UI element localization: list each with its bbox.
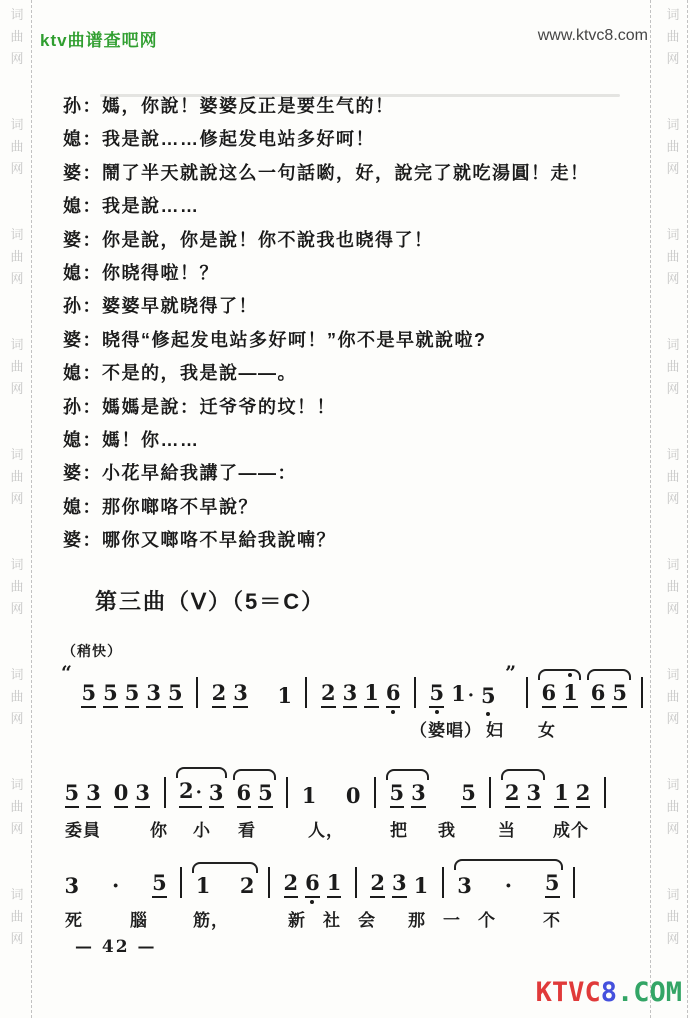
song-section-title: 第三曲（Ⅴ）（5＝C）: [95, 585, 325, 616]
watermark-text: 词曲网: [10, 554, 23, 620]
barline: [489, 777, 491, 808]
lyrics-row: 委員你小看人，把我当成个: [58, 816, 654, 844]
jianpu-note: 5: [545, 871, 560, 898]
dialogue-line: 孙：媽，你說！婆婆反正是要生气的！: [63, 92, 648, 125]
note-digit: 6: [591, 680, 606, 705]
watermark-char: 曲: [10, 26, 23, 48]
jianpu-notes-row: “55535231231651·5”6165: [58, 652, 654, 708]
watermark-text: 词曲网: [666, 554, 679, 620]
jianpu-note: 6: [305, 871, 320, 898]
watermark-char: 网: [10, 598, 23, 620]
augmentation-dot: ·: [196, 782, 202, 803]
music-line: 3·5122612313·5死腦筋，新社会那一个不: [58, 842, 654, 934]
jianpu-note: 6: [542, 681, 557, 708]
note-digit: 5: [481, 683, 496, 708]
jianpu-note: 2: [576, 781, 591, 808]
jianpu-note: 5: [152, 871, 167, 898]
note-digit: 2: [240, 873, 255, 898]
note-digit: 5: [429, 680, 444, 705]
note-digit: 5: [390, 780, 405, 805]
slur-arc: [233, 769, 276, 780]
slur-arc: [192, 862, 258, 873]
slur-arc: [454, 859, 563, 870]
jianpu-note: 5: [429, 681, 444, 708]
note-digit: 6: [542, 680, 557, 705]
watermark-char: 网: [10, 928, 23, 950]
right-dashed-border-outer: [687, 0, 688, 1018]
barline: [196, 677, 198, 708]
jianpu-note: 3: [135, 781, 150, 808]
note-digit: 5: [125, 680, 140, 705]
lyric-syllable: 社: [323, 906, 341, 931]
note-digit: 2: [576, 780, 591, 805]
lyric-syllable: 当: [498, 816, 516, 841]
note-group: 65: [584, 681, 633, 708]
note-digit: 3: [411, 780, 426, 805]
note-group: 231: [364, 871, 435, 898]
watermark-char: 词: [10, 444, 23, 466]
jianpu-note: 0: [114, 781, 129, 808]
note-group: 12: [189, 874, 261, 898]
lyric-syllable: 女: [538, 716, 556, 741]
watermark-text: 词曲网: [666, 884, 679, 950]
lyrics-row: 死腦筋，新社会那一个不: [58, 906, 654, 934]
jianpu-note: 3: [343, 681, 358, 708]
slur-arc: [386, 769, 429, 780]
note-digit: 3: [146, 680, 161, 705]
site-name-link[interactable]: ktv曲谱查吧网: [40, 26, 158, 51]
watermark-char: 词: [10, 774, 23, 796]
jianpu-note: 6: [386, 681, 401, 708]
low-octave-dot: [391, 710, 395, 714]
quotation-mark: ”: [505, 662, 516, 684]
watermark-char: 网: [10, 158, 23, 180]
note-digit: 1: [196, 873, 211, 898]
logo-part: .COM: [617, 977, 682, 1008]
note-group: 2·3: [173, 779, 231, 808]
watermark-text: 词曲网: [10, 444, 23, 510]
note-digit: 2: [321, 680, 336, 705]
note-digit: 5: [152, 870, 167, 895]
note-group: 55535: [75, 681, 189, 708]
watermark-char: 词: [666, 664, 679, 686]
barline: [268, 867, 270, 898]
barline: [573, 867, 575, 898]
jianpu-note: 5: [65, 781, 80, 808]
lyric-syllable: 个: [478, 906, 496, 931]
lyric-syllable: 腦: [130, 906, 148, 931]
jianpu-note: 5: [481, 684, 496, 708]
low-octave-dot: [435, 710, 439, 714]
watermark-char: 词: [666, 774, 679, 796]
low-octave-dot: [310, 900, 314, 904]
watermark-char: 曲: [666, 356, 679, 378]
watermark-char: 网: [666, 708, 679, 730]
jianpu-note: 6: [237, 781, 252, 808]
note-digit: 5: [81, 680, 96, 705]
barline: [286, 777, 288, 808]
watermark-char: 词: [10, 224, 23, 246]
watermark-char: 曲: [10, 686, 23, 708]
lyrics-row: （婆唱）妇女: [58, 716, 654, 744]
lyric-syllable: 你: [150, 816, 168, 841]
note-digit: 2: [505, 780, 520, 805]
note-digit: 3: [209, 780, 224, 805]
site-url-text: www.ktvc8.com: [538, 27, 648, 45]
note-group: 65: [230, 781, 279, 808]
watermark-char: 曲: [666, 26, 679, 48]
page-number: — 42 —: [75, 937, 157, 957]
watermark-char: 网: [10, 488, 23, 510]
jianpu-note: 2: [370, 871, 385, 898]
watermark-text: 词曲网: [666, 774, 679, 840]
watermark-char: 网: [666, 158, 679, 180]
note-digit: 5: [65, 780, 80, 805]
lyric-syllable: 那: [408, 906, 426, 931]
watermark-char: 曲: [666, 686, 679, 708]
dialogue-line: 孙：婆婆早就晓得了！: [63, 292, 648, 325]
lyric-syllable: 人，: [308, 816, 344, 841]
note-digit: 2: [284, 870, 299, 895]
watermark-char: 词: [666, 224, 679, 246]
jianpu-note: 5: [125, 681, 140, 708]
watermark-char: 词: [666, 114, 679, 136]
logo-part: 8: [601, 977, 617, 1008]
watermark-text: 词曲网: [666, 664, 679, 730]
lyric-syllable: 一: [443, 906, 461, 931]
jianpu-note: 5: [390, 781, 405, 808]
jianpu-note: 1·: [451, 682, 474, 708]
lyric-syllable: 看: [238, 816, 256, 841]
note-digit: 1: [277, 683, 292, 708]
watermark-text: 词曲网: [666, 114, 679, 180]
barline: [604, 777, 606, 808]
lyric-syllable: （婆唱）: [410, 716, 482, 741]
note-digit: 6: [386, 680, 401, 705]
note-group: 53: [58, 781, 107, 808]
watermark-char: 曲: [10, 796, 23, 818]
note-group: 03: [107, 781, 156, 808]
jianpu-note: 2: [240, 874, 255, 898]
note-digit: 3: [343, 680, 358, 705]
watermark-char: 曲: [10, 356, 23, 378]
barline: [526, 677, 528, 708]
lyric-syllable: 妇: [486, 716, 504, 741]
lyric-syllable: 新: [288, 906, 306, 931]
note-digit: 1: [414, 873, 429, 898]
watermark-char: 曲: [666, 796, 679, 818]
note-digit: 3: [86, 780, 101, 805]
note-group: 51·5: [423, 681, 502, 708]
note-digit: 3: [392, 870, 407, 895]
music-line: “55535231231651·5”6165（婆唱）妇女: [58, 652, 654, 744]
note-digit: 6: [237, 780, 252, 805]
lyric-syllable: 不: [543, 906, 561, 931]
jianpu-note: 2: [284, 871, 299, 898]
watermark-text: 词曲网: [666, 334, 679, 400]
note-digit: ·: [505, 873, 512, 898]
dialogue-line: 婆：小花早給我講了——：: [63, 459, 648, 492]
augmentation-dot: ·: [468, 685, 474, 706]
dialogue-line: 婆：鬧了半天就說这么一句話喲，好，說完了就吃湯圓！走！: [63, 159, 648, 192]
barline: [414, 677, 416, 708]
watermark-char: 曲: [666, 466, 679, 488]
note-group: 231: [205, 681, 298, 708]
dialogue-section: 孙：媽，你說！婆婆反正是要生气的！媳：我是說……修起发电站多好呵！婆：鬧了半天就…: [63, 92, 648, 559]
jianpu-note: 1: [327, 871, 342, 898]
right-watermark-column: 词曲网词曲网词曲网词曲网词曲网词曲网词曲网词曲网词曲网: [662, 4, 684, 994]
watermark-char: 词: [666, 554, 679, 576]
note-group: 2316: [314, 681, 407, 708]
watermark-char: 网: [10, 708, 23, 730]
lyric-syllable: 把: [390, 816, 408, 841]
barline: [641, 677, 643, 708]
note-group: 10: [295, 784, 367, 808]
note-digit: 3: [527, 780, 542, 805]
watermark-text: 词曲网: [666, 444, 679, 510]
watermark-char: 网: [666, 928, 679, 950]
jianpu-note: 3: [411, 781, 426, 808]
watermark-char: 词: [666, 334, 679, 356]
note-group: 61: [535, 681, 584, 708]
jianpu-note: 2·: [179, 779, 202, 808]
lyric-syllable: 小: [193, 816, 211, 841]
dialogue-line: 媳：我是說……: [63, 192, 648, 225]
dialogue-line: 媳：不是的，我是說——。: [63, 359, 648, 392]
note-group: 12: [548, 781, 597, 808]
watermark-char: 词: [10, 554, 23, 576]
lyric-syllable: 成个: [553, 816, 589, 841]
note-digit: 5: [612, 680, 627, 705]
left-dashed-border: [31, 0, 32, 1018]
jianpu-note: 1: [563, 681, 578, 708]
jianpu-notes-row: 53032·365105352312: [58, 752, 654, 808]
jianpu-note: 5: [612, 681, 627, 708]
barline: [374, 777, 376, 808]
jianpu-note: 3: [65, 874, 80, 898]
watermark-text: 词曲网: [10, 774, 23, 840]
note-group: 53: [383, 781, 432, 808]
jianpu-note: 1: [196, 874, 211, 898]
jianpu-note: 1: [414, 874, 429, 898]
watermark-text: 词曲网: [10, 334, 23, 400]
watermark-char: 词: [666, 4, 679, 26]
watermark-char: 曲: [10, 906, 23, 928]
dialogue-line: 媳：我是說……修起发电站多好呵！: [63, 125, 648, 158]
note-digit: 2: [370, 870, 385, 895]
watermark-text: 词曲网: [10, 4, 23, 70]
watermark-char: 词: [10, 334, 23, 356]
jianpu-note: 3: [209, 781, 224, 808]
jianpu-note: 3: [86, 781, 101, 808]
watermark-text: 词曲网: [10, 114, 23, 180]
barline: [305, 677, 307, 708]
jianpu-note: 5: [461, 781, 476, 808]
watermark-text: 词曲网: [10, 664, 23, 730]
note-digit: 5: [545, 870, 560, 895]
note-digit: 2: [179, 778, 194, 803]
watermark-char: 网: [666, 488, 679, 510]
watermark-text: 词曲网: [666, 224, 679, 290]
watermark-text: 词曲网: [10, 224, 23, 290]
watermark-char: 曲: [10, 576, 23, 598]
note-digit: ·: [112, 873, 119, 898]
watermark-char: 网: [666, 378, 679, 400]
jianpu-note: 2: [505, 781, 520, 808]
watermark-char: 曲: [10, 136, 23, 158]
slur-arc: [501, 769, 544, 780]
note-digit: 1: [554, 780, 569, 805]
jianpu-note: 3: [457, 874, 472, 898]
barline: [355, 867, 357, 898]
dialogue-line: 婆：哪你又啷咯不早給我說喃？: [63, 526, 648, 559]
dialogue-line: 孙：媽媽是說：迁爷爷的坟！！: [63, 393, 648, 426]
note-digit: 0: [114, 780, 129, 805]
jianpu-note: 3: [392, 871, 407, 898]
watermark-char: 曲: [10, 466, 23, 488]
note-digit: 3: [233, 680, 248, 705]
jianpu-note: 3: [146, 681, 161, 708]
watermark-char: 网: [10, 48, 23, 70]
note-digit: 6: [305, 870, 320, 895]
note-digit: 3: [65, 873, 80, 898]
slur-arc: [587, 669, 630, 680]
dialogue-line: 媳：媽！你……: [63, 426, 648, 459]
watermark-char: 词: [10, 4, 23, 26]
jianpu-notes-row: 3·5122612313·5: [58, 842, 654, 898]
jianpu-note: 5: [103, 681, 118, 708]
watermark-char: 曲: [666, 576, 679, 598]
note-digit: 1: [563, 680, 578, 705]
jianpu-note: 1: [277, 684, 292, 708]
left-watermark-column: 词曲网词曲网词曲网词曲网词曲网词曲网词曲网词曲网词曲网: [6, 4, 28, 994]
jianpu-note: 1: [554, 781, 569, 808]
jianpu-note: 1: [364, 681, 379, 708]
note-digit: 2: [212, 680, 227, 705]
music-line: 53032·365105352312委員你小看人，把我当成个: [58, 752, 654, 844]
note-group: 5: [432, 781, 482, 808]
logo-part: KTVC: [536, 977, 601, 1008]
watermark-char: 网: [10, 378, 23, 400]
note-digit: 0: [346, 783, 361, 808]
barline: [164, 777, 166, 808]
barline: [180, 867, 182, 898]
note-digit: 5: [258, 780, 273, 805]
note-digit: 3: [457, 873, 472, 898]
watermark-char: 网: [666, 268, 679, 290]
note-group: 3·5: [58, 871, 173, 898]
dialogue-line: 婆：你是說，你是說！你不說我也晓得了！: [63, 226, 648, 259]
note-digit: 1: [327, 870, 342, 895]
jianpu-note: 5: [81, 681, 96, 708]
note-digit: 5: [103, 680, 118, 705]
watermark-char: 词: [10, 664, 23, 686]
lyric-syllable: 筋，: [193, 906, 229, 931]
jianpu-note: 5: [258, 781, 273, 808]
jianpu-note: 2: [321, 681, 336, 708]
jianpu-note: 3: [527, 781, 542, 808]
watermark-char: 词: [10, 114, 23, 136]
slur-arc: [538, 669, 581, 680]
dialogue-line: 婆：晓得“修起发电站多好呵！”你不是早就說啦?: [63, 326, 648, 359]
jianpu-note: 6: [591, 681, 606, 708]
watermark-char: 网: [10, 818, 23, 840]
dialogue-line: 媳：你晓得啦！？: [63, 259, 648, 292]
jianpu-note: 1: [302, 784, 317, 808]
note-group: 261: [277, 871, 348, 898]
lyric-syllable: 我: [438, 816, 456, 841]
watermark-char: 词: [10, 884, 23, 906]
jianpu-note: 0: [346, 784, 361, 808]
jianpu-note: 5: [168, 681, 183, 708]
watermark-char: 曲: [666, 246, 679, 268]
note-digit: 5: [461, 780, 476, 805]
watermark-char: 网: [10, 268, 23, 290]
dialogue-line: 媳：那你啷咯不早說？: [63, 493, 648, 526]
note-digit: 1: [451, 681, 466, 706]
watermark-char: 网: [666, 598, 679, 620]
jianpu-note: 2: [212, 681, 227, 708]
note-digit: 1: [302, 783, 317, 808]
watermark-char: 网: [666, 818, 679, 840]
jianpu-note: ·: [109, 874, 123, 898]
watermark-char: 曲: [666, 906, 679, 928]
note-digit: 1: [364, 680, 379, 705]
ktvc8-logo[interactable]: KTVC8.COM: [536, 977, 682, 1008]
note-group: 23: [498, 781, 547, 808]
watermark-char: 词: [666, 884, 679, 906]
lyric-syllable: 委員: [65, 816, 101, 841]
slur-arc: [176, 767, 228, 778]
watermark-char: 曲: [666, 136, 679, 158]
watermark-char: 网: [666, 48, 679, 70]
watermark-text: 词曲网: [666, 4, 679, 70]
lyric-syllable: 死: [65, 906, 83, 931]
watermark-char: 词: [666, 444, 679, 466]
note-digit: 5: [168, 680, 183, 705]
jianpu-note: ·: [501, 874, 515, 898]
note-group: 3·5: [451, 871, 566, 898]
watermark-text: 词曲网: [10, 884, 23, 950]
quotation-mark: “: [61, 662, 72, 684]
scanned-score-page: 词曲网词曲网词曲网词曲网词曲网词曲网词曲网词曲网词曲网 词曲网词曲网词曲网词曲网…: [0, 0, 690, 1018]
watermark-char: 曲: [10, 246, 23, 268]
note-digit: 3: [135, 780, 150, 805]
lyric-syllable: 会: [358, 906, 376, 931]
jianpu-note: 3: [233, 681, 248, 708]
barline: [442, 867, 444, 898]
